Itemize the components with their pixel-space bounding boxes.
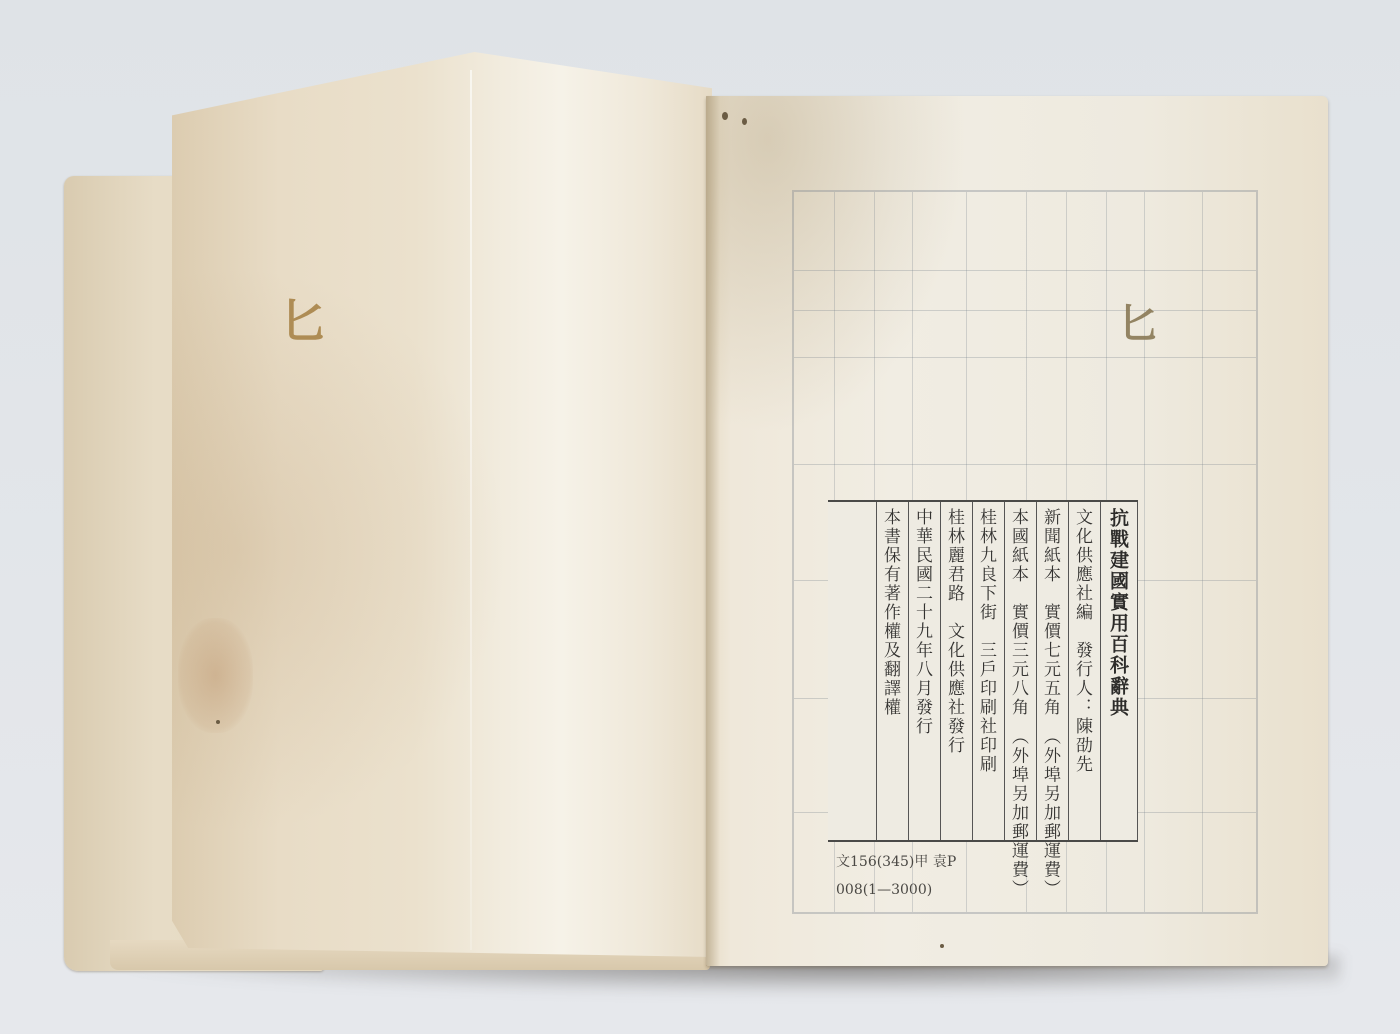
tear-mark-icon: ⼔	[280, 285, 326, 351]
catalog-code-line-1: 文156(345)甲 袁P	[836, 848, 956, 876]
spot	[742, 118, 747, 125]
spot	[216, 720, 220, 724]
distributor: 桂林麗君路 文化供應社發行	[940, 502, 972, 840]
publication-date: 中華民國二十九年八月發行	[908, 502, 940, 840]
editor-publisher: 文化供應社編 發行人：陳劭先	[1068, 502, 1100, 840]
left-page-fold	[470, 70, 472, 950]
spot	[940, 944, 944, 948]
printer: 桂林九良下街 三戶印刷社印刷	[972, 502, 1004, 840]
left-page	[172, 52, 712, 957]
edition-newsprint: 新聞紙本 實價七元五角 （外埠另加郵運費）	[1036, 502, 1068, 840]
tear-mark-icon: ⼔	[1118, 292, 1158, 349]
book-title: 抗戰建國實用百科辭典	[1100, 502, 1138, 840]
colophon-box: 抗戰建國實用百科辭典 文化供應社編 發行人：陳劭先 新聞紙本 實價七元五角 （外…	[828, 500, 1138, 842]
edition-domestic-paper: 本國紙本 實價三元八角 （外埠另加郵運費）	[1004, 502, 1036, 840]
water-stain	[178, 618, 253, 733]
rights-notice: 本書保有著作權及翻譯權	[876, 502, 908, 840]
spot	[722, 112, 728, 120]
catalog-codes: 文156(345)甲 袁P 008(1—3000)	[836, 848, 956, 904]
gutter-shadow	[706, 96, 720, 966]
catalog-code-line-2: 008(1—3000)	[836, 876, 956, 904]
